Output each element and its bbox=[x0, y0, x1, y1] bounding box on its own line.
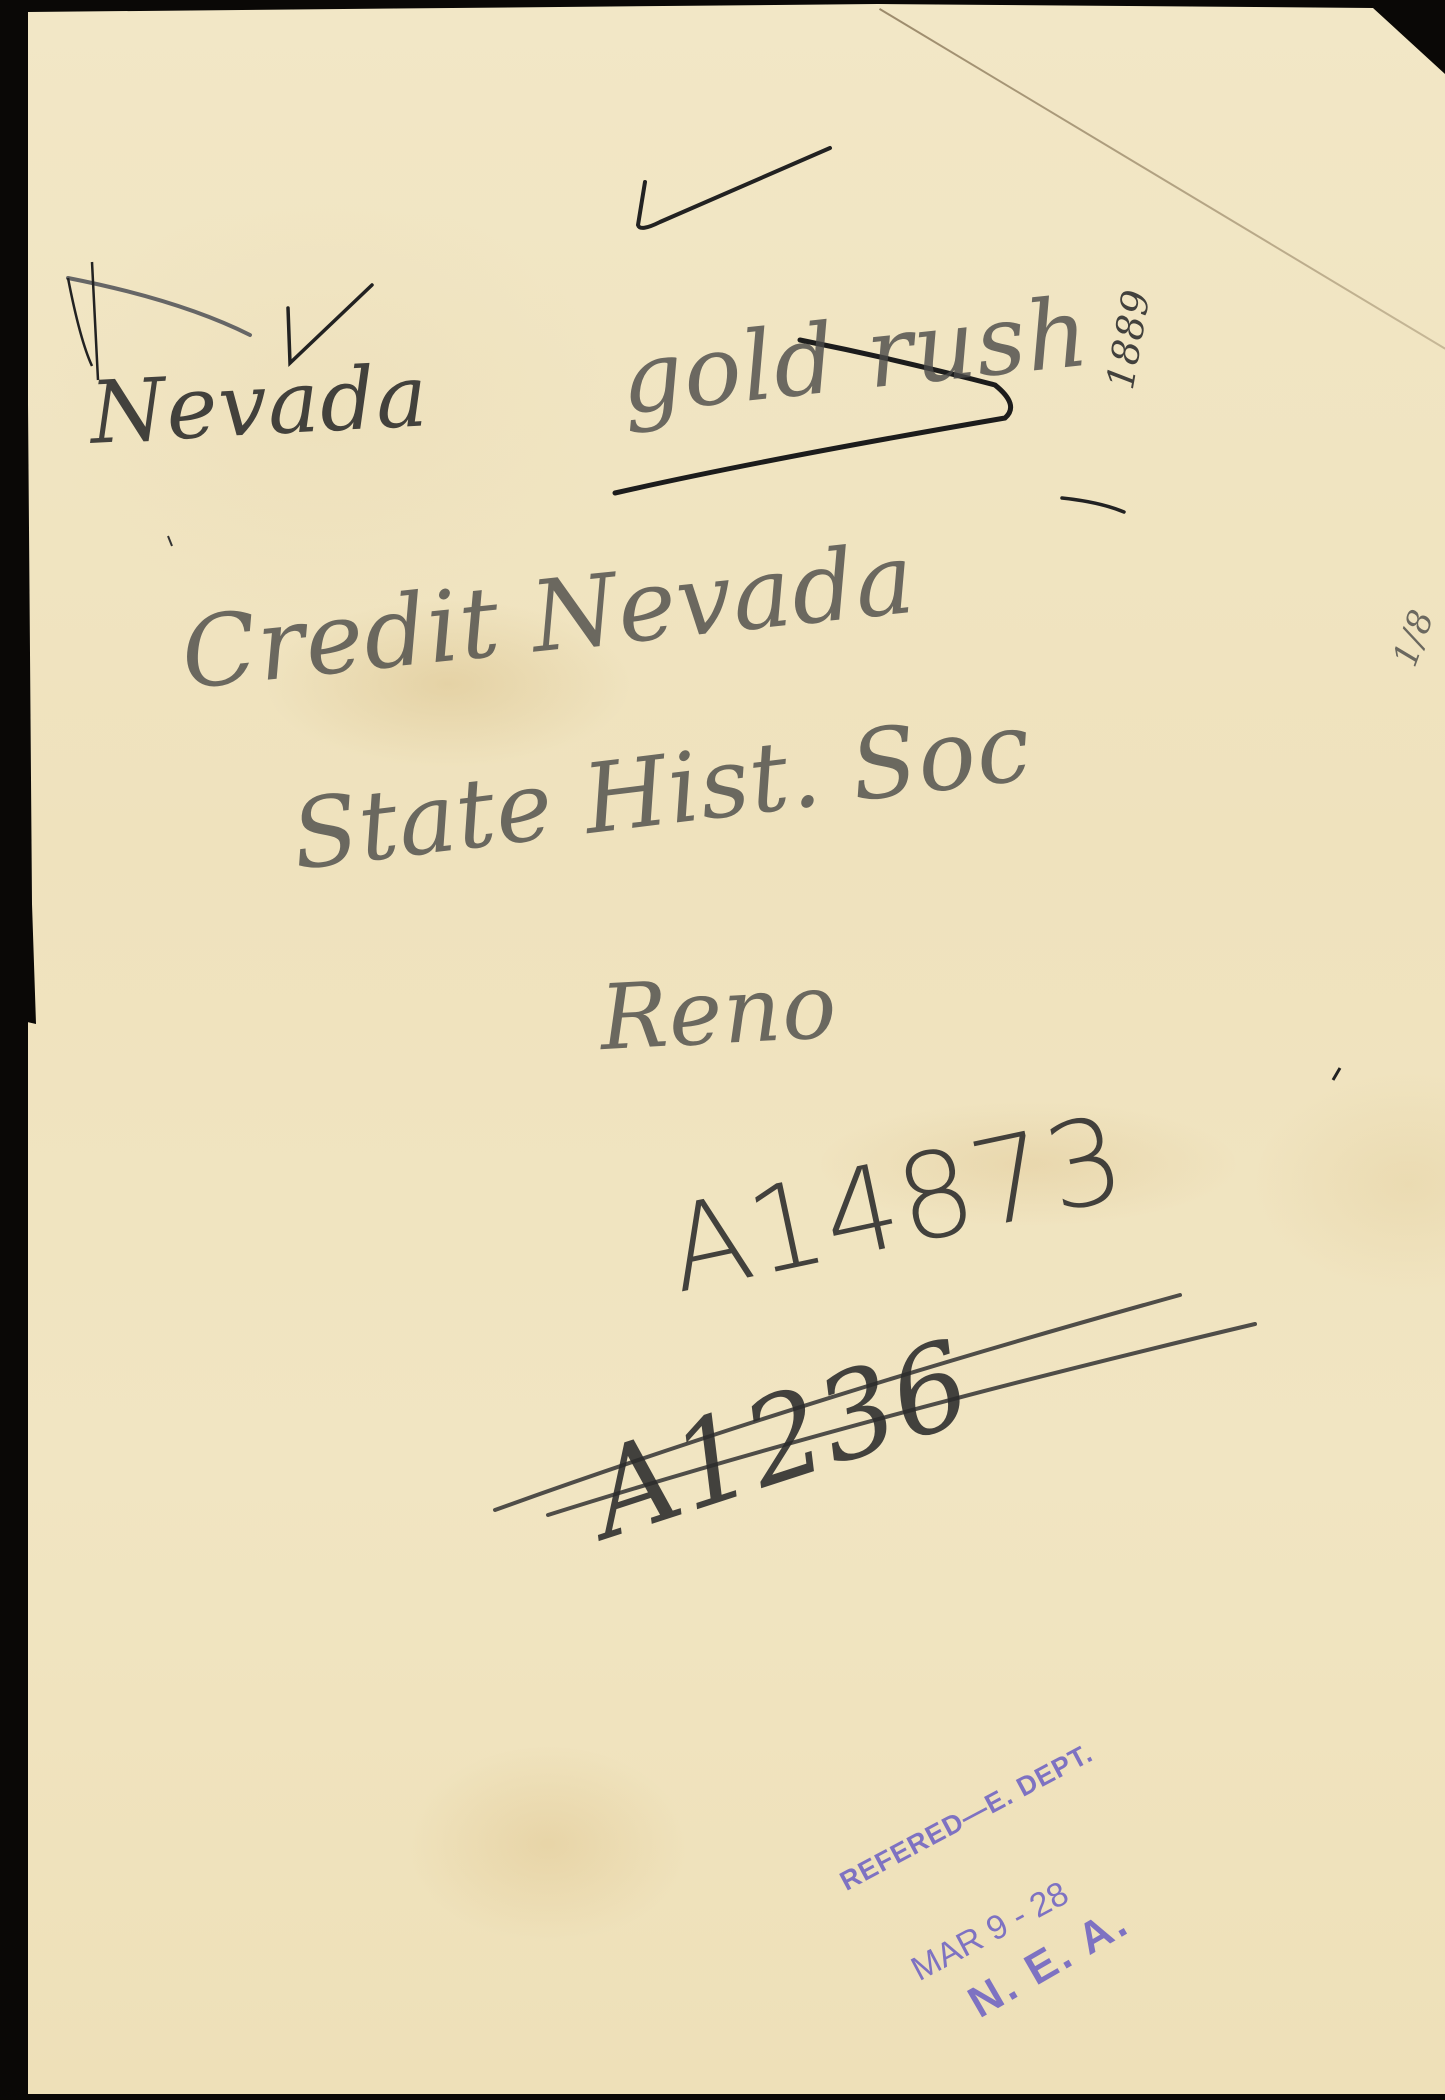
annotation-city: Reno bbox=[597, 954, 839, 1071]
document-page: Nevada gold rush 1889 1/8 Credit Nevada … bbox=[0, 0, 1445, 2100]
annotation-nevada: Nevada bbox=[88, 346, 431, 464]
